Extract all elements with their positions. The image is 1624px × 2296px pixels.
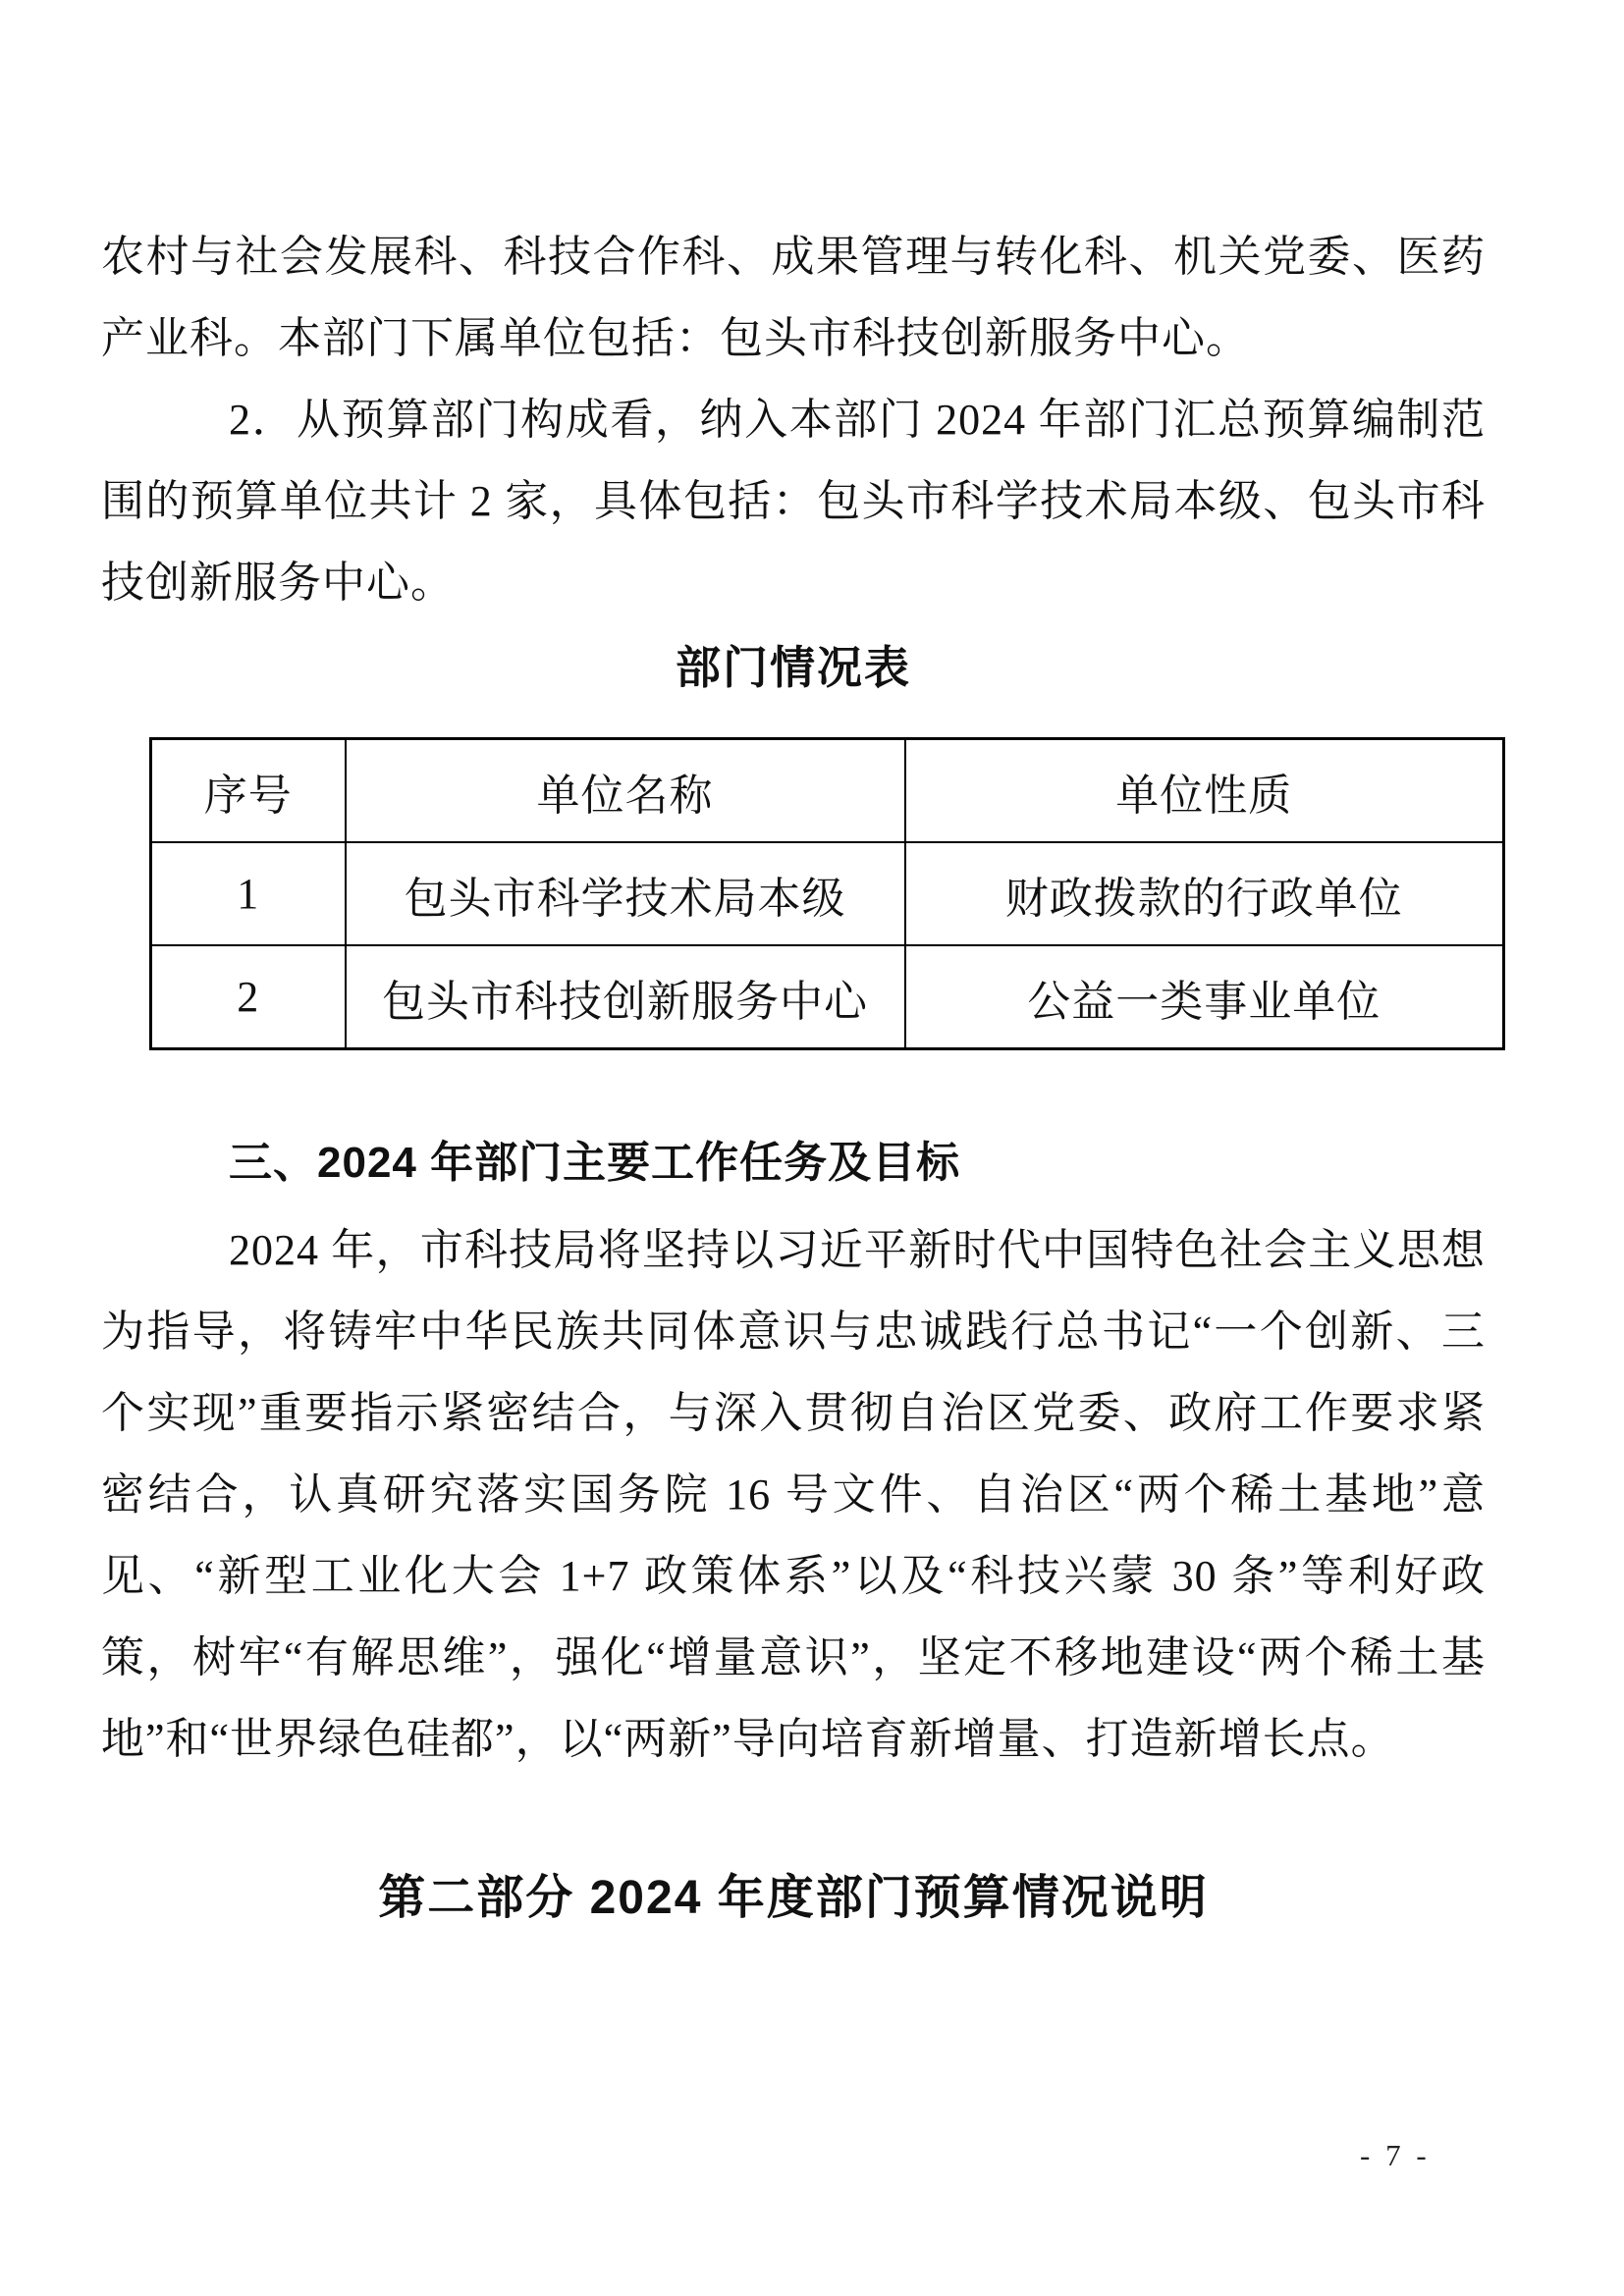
page-content: 农村与社会发展科、科技合作科、成果管理与转化科、机关党委、医药产业科。本部门下属… xyxy=(101,216,1486,1935)
cell-row1-unit-name: 包头市科学技术局本级 xyxy=(346,842,905,945)
document-page: 农村与社会发展科、科技合作科、成果管理与转化科、机关党委、医药产业科。本部门下属… xyxy=(0,0,1624,2296)
cell-row1-unit-type: 财政拨款的行政单位 xyxy=(905,842,1504,945)
cell-row2-unit-name: 包头市科技创新服务中心 xyxy=(346,945,905,1049)
paragraph-department-offices: 农村与社会发展科、科技合作科、成果管理与转化科、机关党委、医药产业科。本部门下属… xyxy=(101,216,1486,379)
cell-row2-index: 2 xyxy=(151,945,346,1049)
paragraph-work-tasks: 2024 年，市科技局将坚持以习近平新时代中国特色社会主义思想为指导，将铸牢中华… xyxy=(101,1209,1486,1780)
page-number: - 7 - xyxy=(1360,2136,1431,2175)
part2-heading: 第二部分 2024 年度部门预算情况说明 xyxy=(101,1861,1486,1935)
table-caption: 部门情况表 xyxy=(101,631,1486,705)
paragraph-budget-composition: 2．从预算部门构成看，纳入本部门 2024 年部门汇总预算编制范围的预算单位共计… xyxy=(101,379,1486,623)
cell-row2-unit-type: 公益一类事业单位 xyxy=(905,945,1504,1049)
header-cell-unit-type: 单位性质 xyxy=(905,739,1504,843)
section-heading-tasks-goals: 三、2024 年部门主要工作任务及目标 xyxy=(101,1122,1486,1203)
header-cell-unit-name: 单位名称 xyxy=(346,739,905,843)
header-cell-index: 序号 xyxy=(151,739,346,843)
department-table: 序号 单位名称 单位性质 1 包头市科学技术局本级 财政拨款的行政单位 2 包头… xyxy=(149,737,1505,1050)
table-row: 1 包头市科学技术局本级 财政拨款的行政单位 xyxy=(151,842,1504,945)
cell-row1-index: 1 xyxy=(151,842,346,945)
table-header-row: 序号 单位名称 单位性质 xyxy=(151,739,1504,843)
table-row: 2 包头市科技创新服务中心 公益一类事业单位 xyxy=(151,945,1504,1049)
